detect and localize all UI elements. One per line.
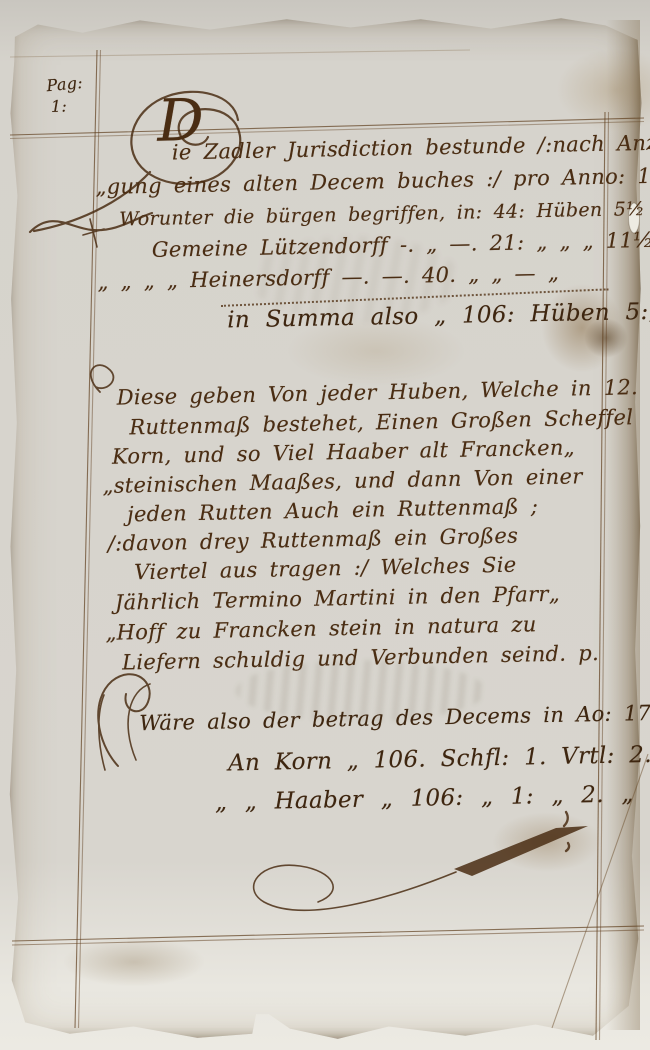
manuscript-line: ie Zadler Jurisdiction bestunde /:nach A…: [172, 130, 650, 164]
page-number: 1:: [51, 97, 68, 116]
manuscript-line: Liefern schuldig und Verbunden seind. p.: [122, 641, 599, 675]
ink-layer: Pag: 1: D ie Zadler Jurisdiction bestund…: [0, 0, 650, 1050]
manuscript-line: „gung eines alten Decem buches :/ pro An…: [95, 163, 650, 199]
manuscript-line: Jährlich Termino Martini in den Pfarr„: [115, 582, 561, 615]
page-number-label: Pag:: [46, 73, 84, 95]
manuscript-line: „Hoff zu Francken stein in natura zu: [105, 612, 537, 645]
total-line: Wäre also der betrag des Decems in Ao: 1…: [139, 700, 650, 735]
total-line: „ „ Haaber „ 106: „ 1: „ 2. „ „: [215, 781, 650, 816]
manuscript-line: Korn, und so Viel Haaber alt Francken„: [112, 435, 575, 468]
total-line: An Korn „ 106. Schfl: 1. Vrtl: 2. rüttlm…: [228, 739, 650, 776]
manuscript-line: „ „ „ „ Heinersdorff —. —. 40. „ „ — „: [97, 261, 559, 294]
manuscript-scan: Pag: 1: D ie Zadler Jurisdiction bestund…: [0, 0, 650, 1050]
manuscript-line: Gemeine Lützendorff -. „ —. 21: „ „ „ 11…: [152, 227, 650, 262]
manuscript-line: Ruttenmaß bestehet, Einen Großen Scheffe…: [129, 405, 633, 439]
manuscript-line: Diese geben Von jeder Huben, Welche in 1…: [117, 375, 639, 409]
manuscript-line: /:davon drey Ruttenmaß ein Großes: [107, 524, 518, 556]
manuscript-line: jeden Rutten Auch ein Ruttenmaß ;: [127, 494, 539, 526]
manuscript-line: „steinischen Maaßes, und dann Von einer: [102, 464, 582, 498]
manuscript-line: Worunter die bürgen begriffen, in: 44: H…: [119, 196, 650, 230]
manuscript-line: Viertel aus tragen :/ Welches Sie: [134, 553, 517, 585]
